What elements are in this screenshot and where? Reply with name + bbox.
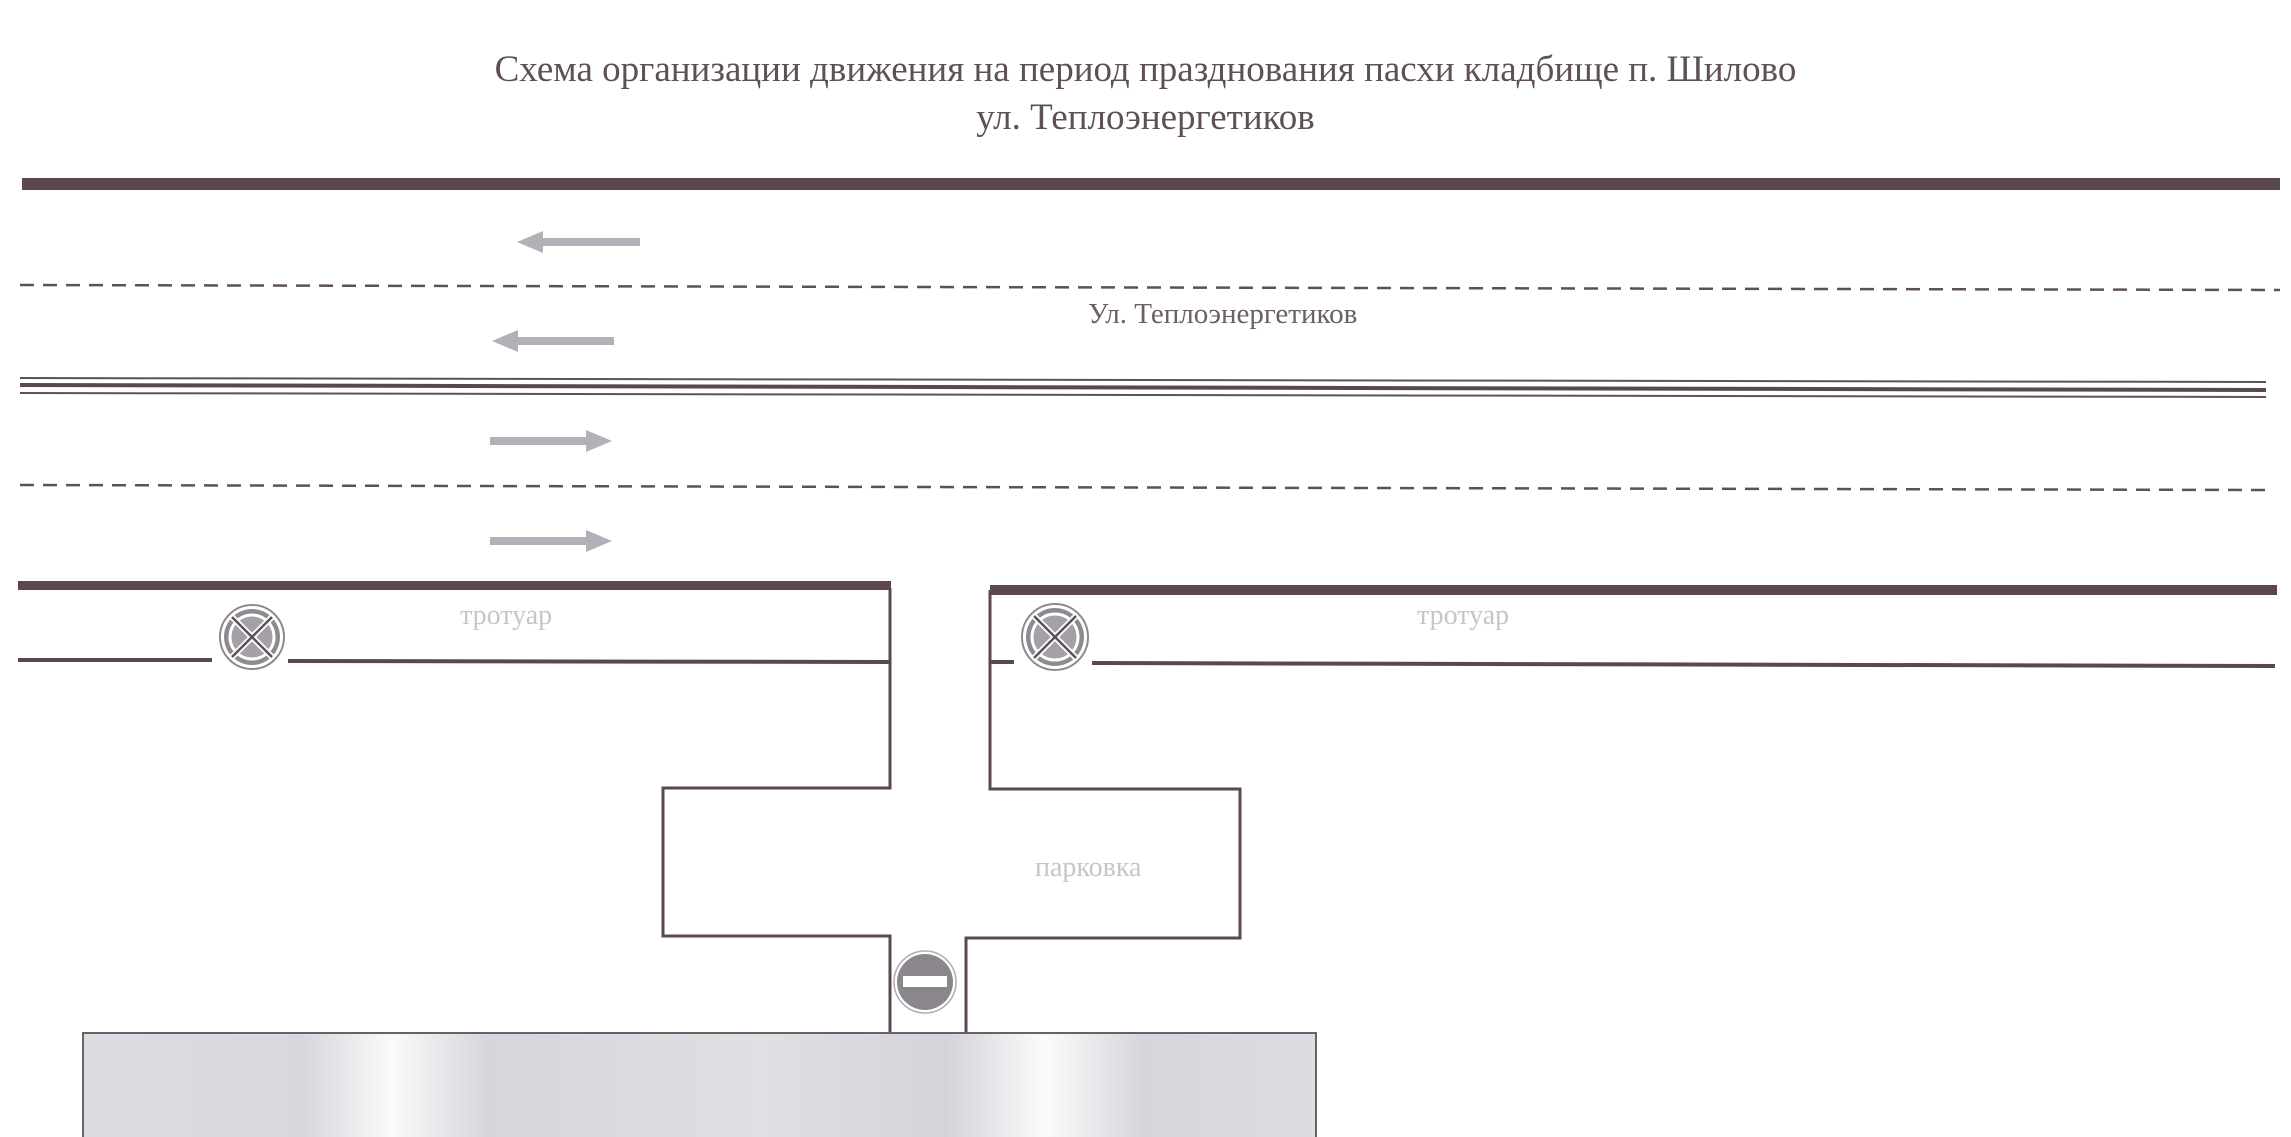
traffic-arrows	[490, 231, 640, 552]
arrow-left-icon	[517, 231, 640, 253]
no-stopping-sign-left-icon	[220, 605, 284, 669]
no-stopping-sign-right-icon	[1022, 604, 1088, 670]
traffic-scheme-map	[0, 0, 2291, 1137]
arrow-left-icon	[492, 330, 614, 352]
parking-label: парковка	[1035, 852, 1141, 884]
sidewalk-right-label: тротуар	[1417, 600, 1509, 632]
road-edge-bottom-right	[990, 585, 2277, 595]
lane-divider-dashed-2	[20, 485, 2265, 490]
arrow-right-icon	[490, 430, 612, 452]
street-name-label: Ул. Теплоэнергетиков	[1088, 298, 1357, 331]
road-edge-bottom-left	[18, 581, 891, 590]
cemetery-area	[83, 1033, 1316, 1137]
center-line-double-solid	[20, 378, 2266, 397]
road-edge-top	[22, 178, 2280, 190]
arrow-right-icon	[490, 530, 612, 552]
no-entry-sign-icon	[894, 951, 956, 1013]
sidewalk-edges	[18, 660, 2275, 666]
lane-divider-dashed-1	[20, 285, 2280, 290]
sidewalk-left-label: тротуар	[460, 600, 552, 632]
